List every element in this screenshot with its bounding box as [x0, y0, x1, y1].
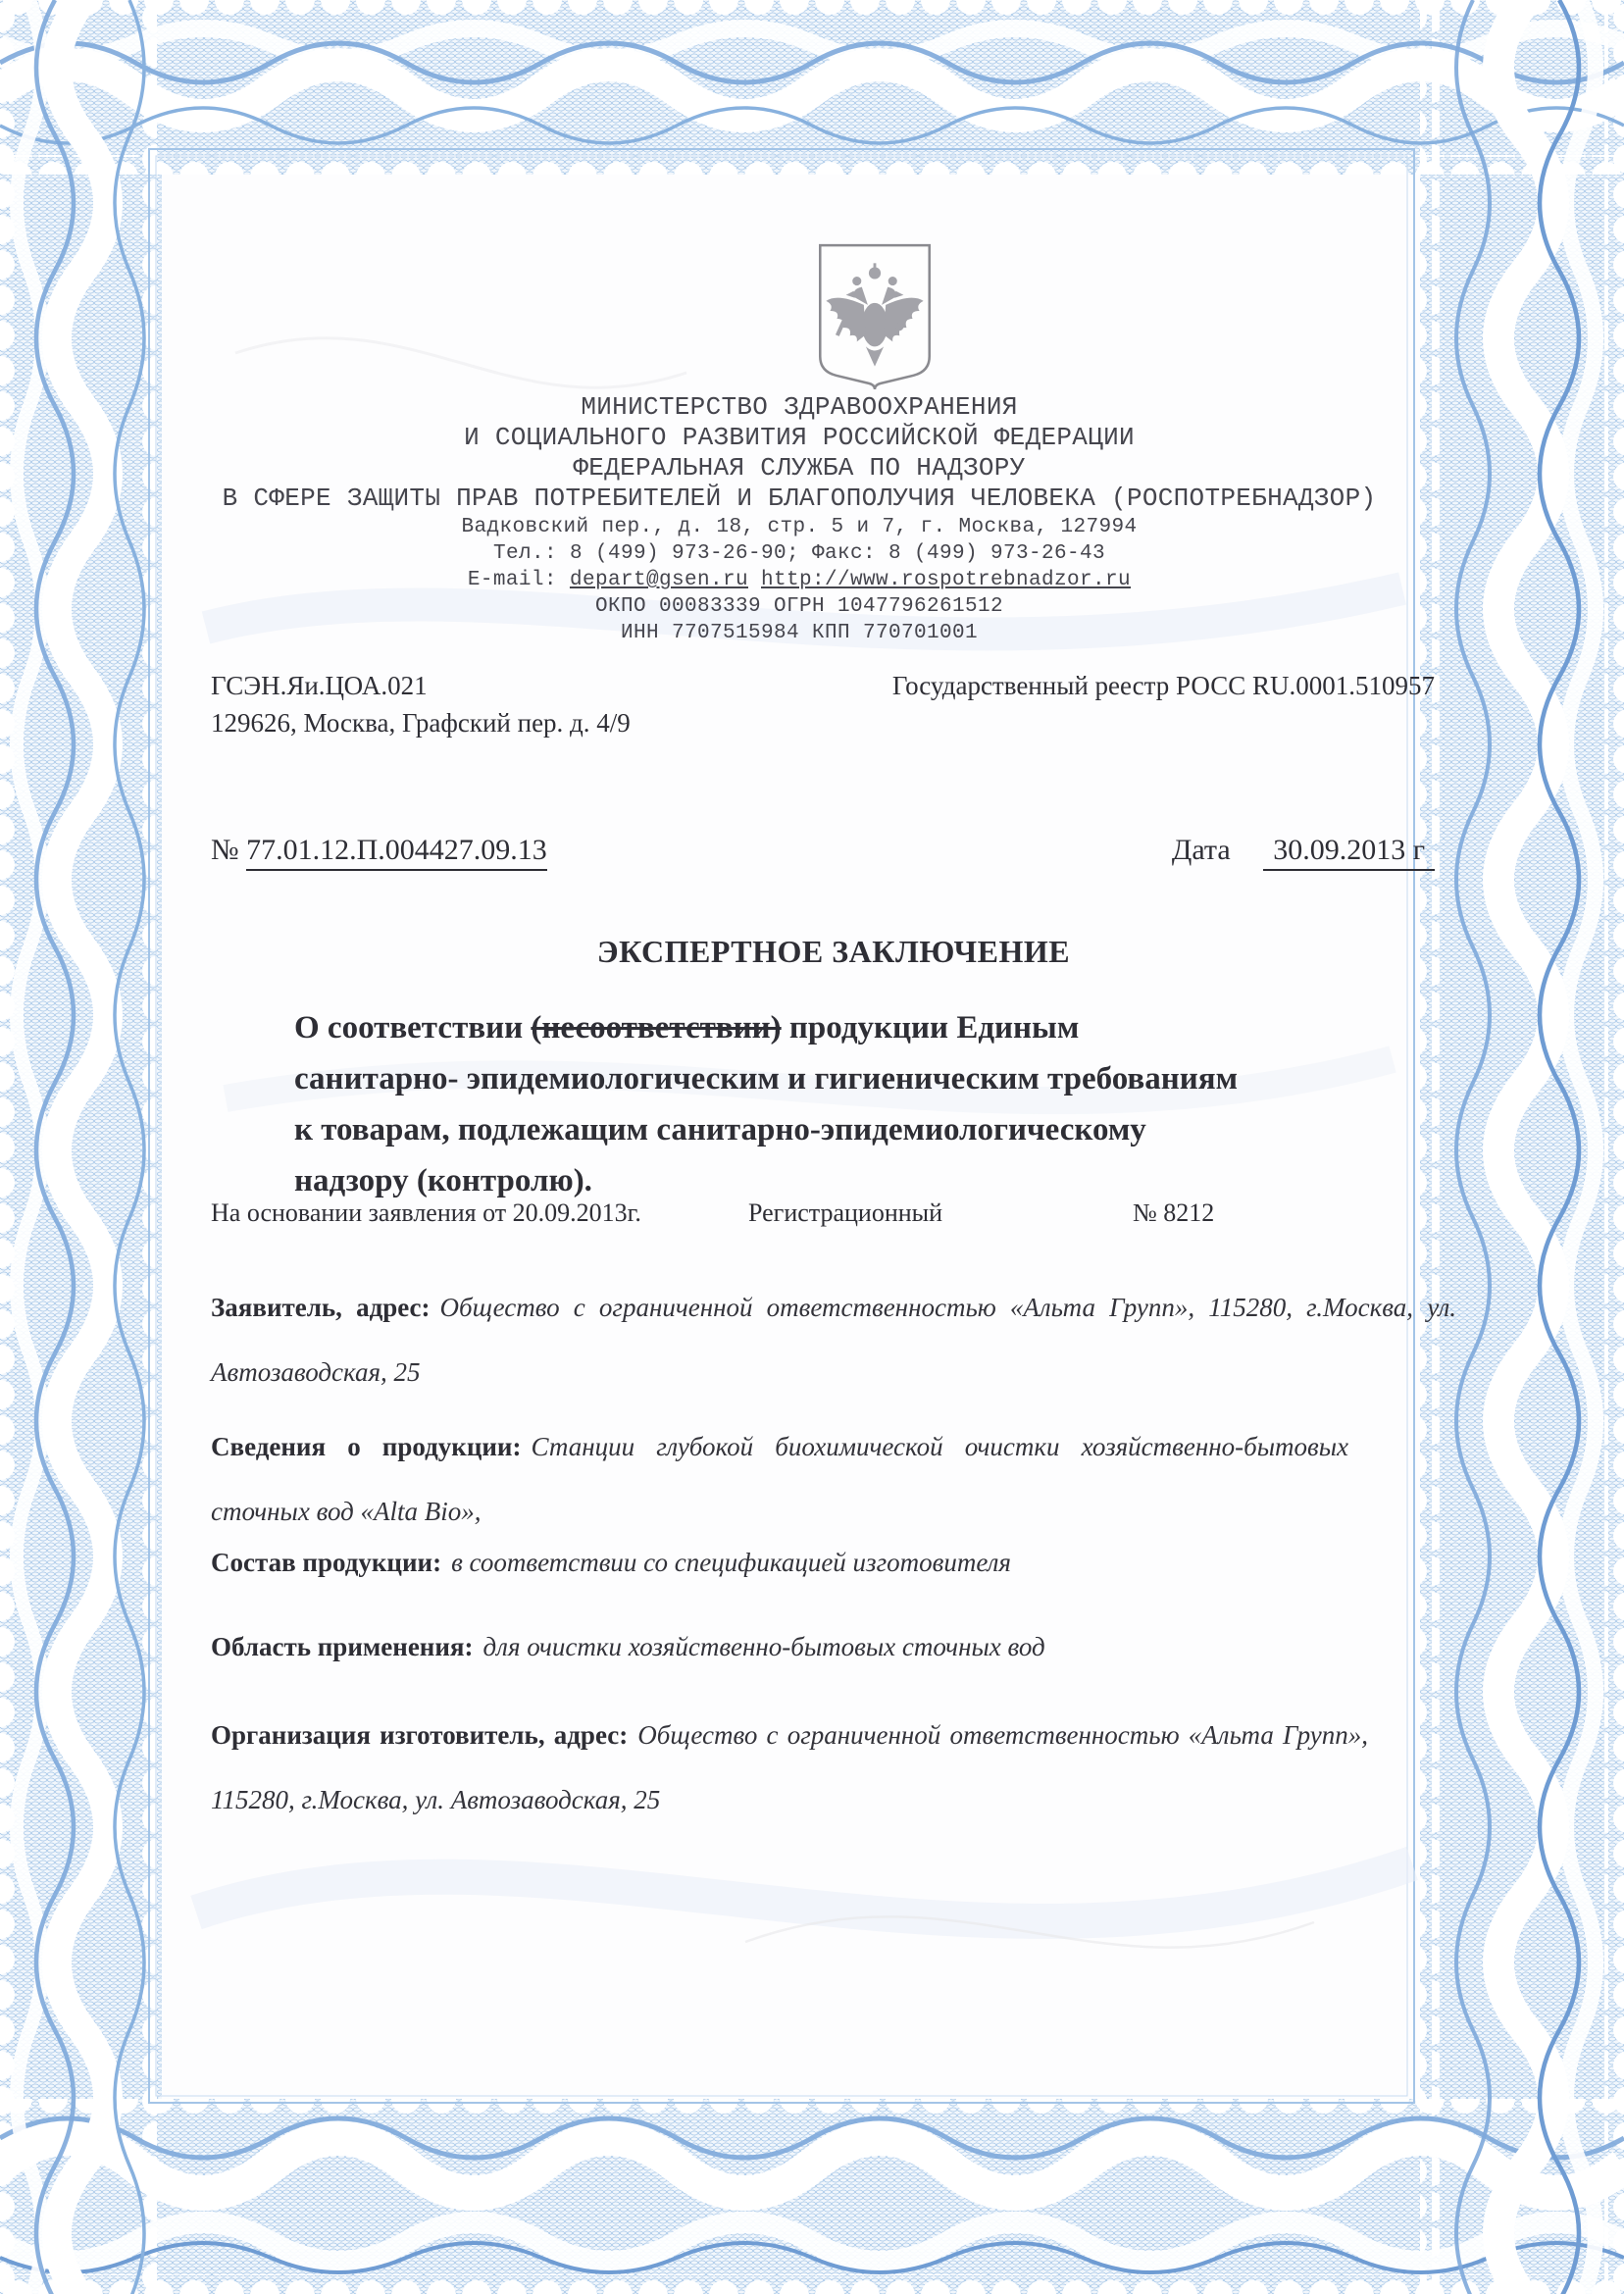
field-label: Сведения о продукции:	[211, 1432, 521, 1461]
subject-line: санитарно- эпидемиологическим и гигиенич…	[294, 1053, 1383, 1104]
field-product-composition: Состав продукции:в соответствии со специ…	[211, 1530, 1456, 1595]
field-application-area: Область применения:для очистки хозяйстве…	[211, 1614, 1456, 1679]
field-label: Состав продукции:	[211, 1548, 441, 1577]
state-register: Государственный реестр РОСС RU.0001.5109…	[892, 671, 1435, 701]
doc-number-row: № 77.01.12.П.004427.09.13 Дата 30.09.201…	[211, 834, 1435, 867]
doc-number-group: № 77.01.12.П.004427.09.13	[211, 834, 547, 867]
field-label: Заявитель, адрес:	[211, 1293, 431, 1322]
field-product-info: Сведения о продукции:Станции глубокой би…	[211, 1414, 1348, 1544]
subject-text: О соответствии	[294, 1010, 531, 1045]
basis-row: На основании заявления от 20.09.2013г. Р…	[211, 1198, 1435, 1238]
registry-row: ГСЭН.Яи.ЦОА.021 Государственный реестр Р…	[211, 671, 1435, 701]
subject-text: продукции Единым	[782, 1010, 1080, 1045]
website-link: http://www.rospotrebnadzor.ru	[761, 569, 1131, 591]
registration-number: № 8212	[1133, 1198, 1214, 1228]
registration-label: Регистрационный	[748, 1198, 942, 1228]
header-line: ФЕДЕРАЛЬНАЯ СЛУЖБА ПО НАДЗОРУ	[162, 453, 1437, 484]
header-inn-line: ИНН 7707515984 КПП 770701001	[162, 620, 1437, 646]
field-manufacturer: Организация изготовитель, адрес:Общество…	[211, 1703, 1368, 1832]
registry-code: ГСЭН.Яи.ЦОА.021	[211, 671, 428, 701]
header-line: В СФЕРЕ ЗАЩИТЫ ПРАВ ПОТРЕБИТЕЛЕЙ И БЛАГО…	[162, 484, 1437, 514]
header-line: МИНИСТЕРСТВО ЗДРАВООХРАНЕНИЯ	[162, 392, 1437, 423]
registry-address: 129626, Москва, Графский пер. д. 4/9	[211, 708, 631, 739]
field-label: Организация изготовитель, адрес:	[211, 1720, 628, 1750]
doc-number: 77.01.12.П.004427.09.13	[246, 834, 547, 871]
basis-text: На основании заявления от 20.09.2013г.	[211, 1198, 641, 1228]
subject-paragraph: О соответствии (несоответствии) продукци…	[294, 1002, 1383, 1206]
doc-date-group: Дата 30.09.2013 г	[1172, 834, 1435, 867]
doc-number-sign: №	[211, 834, 239, 866]
field-value: в соответствии со спецификацией изготови…	[451, 1548, 1011, 1577]
field-value: для очистки хозяйственно-бытовых сточных…	[483, 1632, 1045, 1661]
header-address-line: Вадковский пер., д. 18, стр. 5 и 7, г. М…	[162, 514, 1437, 540]
coat-of-arms-emblem	[810, 239, 939, 390]
header-email-line: E-mail: depart@gsen.ru http://www.rospot…	[162, 567, 1437, 593]
header-line: И СОЦИАЛЬНОГО РАЗВИТИЯ РОССИЙСКОЙ ФЕДЕРА…	[162, 423, 1437, 453]
date-value: 30.09.2013 г	[1263, 834, 1435, 871]
subject-line: О соответствии (несоответствии) продукци…	[294, 1002, 1383, 1053]
subject-line: к товарам, подлежащим санитарно-эпидемио…	[294, 1104, 1383, 1155]
document-page: МИНИСТЕРСТВО ЗДРАВООХРАНЕНИЯ И СОЦИАЛЬНО…	[0, 0, 1624, 2294]
field-label: Область применения:	[211, 1632, 474, 1661]
header-phone-line: Тел.: 8 (499) 973-26-90; Факс: 8 (499) 9…	[162, 540, 1437, 567]
subject-strike: (несоответствии)	[531, 1010, 781, 1045]
field-applicant: Заявитель, адрес:Общество с ограниченной…	[211, 1275, 1456, 1404]
date-label: Дата	[1172, 834, 1231, 866]
header-okpo-line: ОКПО 00083339 ОГРН 1047796261512	[162, 593, 1437, 620]
ministry-header: МИНИСТЕРСТВО ЗДРАВООХРАНЕНИЯ И СОЦИАЛЬНО…	[162, 392, 1437, 646]
email-link: depart@gsen.ru	[570, 569, 748, 591]
email-label: E-mail:	[468, 569, 570, 591]
doc-title: ЭКСПЕРТНОЕ ЗАКЛЮЧЕНИЕ	[211, 934, 1456, 970]
